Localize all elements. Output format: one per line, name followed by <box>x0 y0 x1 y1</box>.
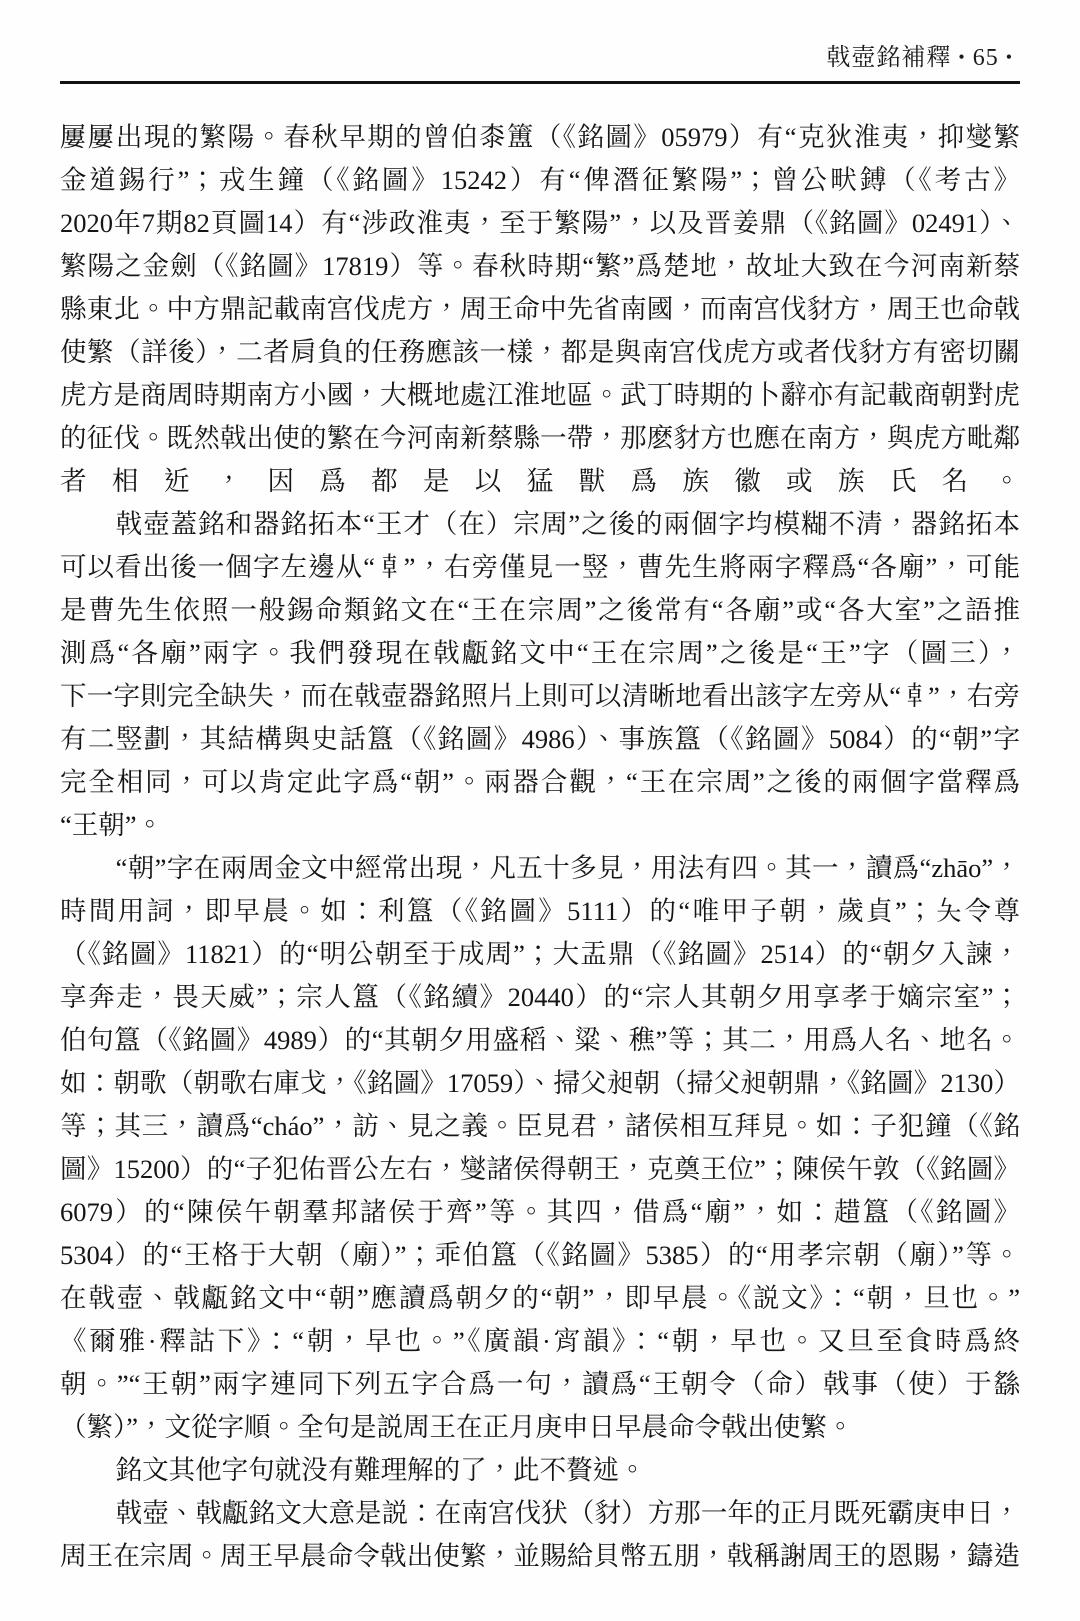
text-line: 下一字則完全缺失，而在戟壺器銘照片上則可以清晰地看出該字左旁从“𠦝”，右旁 <box>60 675 1020 718</box>
running-head-title: 戟壺銘補釋 <box>826 45 951 71</box>
bullet-separator-right: • <box>1006 42 1013 72</box>
text-line: 縣東北。中方鼎記載南宫伐虎方，周王命中先省南國，而南宫伐豺方，周王也命戟出 <box>60 288 1020 331</box>
text-line: 如：朝歌（朝歌右庫戈，《銘圖》17059）、掃父昶朝（掃父昶朝鼎，《銘圖》213… <box>60 1062 1020 1105</box>
text-line: 戟壺、戟甗銘文大意是説：在南宫伐犾（豺）方那一年的正月既死霸庚申日， <box>60 1492 1020 1535</box>
page: 戟壺銘補釋•65• 屢屢出現的繁陽。春秋早期的曾伯桼簠（《銘圖》05979）有“… <box>0 0 1080 1621</box>
text-line: 有二竪劃，其結構與史話簋（《銘圖》4986）、事族簋（《銘圖》5084）的“朝”… <box>60 718 1020 761</box>
text-line: 5304）的“王格于大朝（廟）”；乖伯簋（《銘圖》5385）的“用孝宗朝（廟）”… <box>60 1234 1020 1277</box>
document-body: 屢屢出現的繁陽。春秋早期的曾伯桼簠（《銘圖》05979）有“克狄淮夷，抑燮繁陽，… <box>60 116 1020 1578</box>
text-line: （繁）”，文從字順。全句是説周王在正月庚申日早晨命令戟出使繁。 <box>60 1406 1020 1449</box>
text-line: 可以看出後一個字左邊从“𠦝”，右旁僅見一竪，曹先生將兩字釋爲“各廟”，可能 <box>60 546 1020 589</box>
text-line: 伯句簋（《銘圖》4989）的“其朝夕用盛稻、粱、穛”等；其二，用爲人名、地名。 <box>60 1019 1020 1062</box>
page-number: 65 <box>973 45 999 71</box>
text-line: 完全相同，可以肯定此字爲“朝”。兩器合觀，“王在宗周”之後的兩個字當釋爲 <box>60 761 1020 804</box>
page-header: 戟壺銘補釋•65• <box>60 42 1020 84</box>
text-line: 是曹先生依照一般錫命類銘文在“王在宗周”之後常有“各廟”或“各大室”之語推 <box>60 589 1020 632</box>
text-line: （《銘圖》11821）的“明公朝至于成周”；大盂鼎（《銘圖》2514）的“朝夕入… <box>60 933 1020 976</box>
text-line: 的征伐。既然戟出使的繁在今河南新蔡縣一帶，那麽豺方也應在南方，與虎方毗鄰或 <box>60 417 1020 460</box>
header-rule <box>60 81 1020 84</box>
text-line: 圖》15200）的“子犯佑晋公左右，燮諸侯得朝王，克奠王位”；陳侯午敦（《銘圖》 <box>60 1148 1020 1191</box>
paragraph: 戟壺、戟甗銘文大意是説：在南宫伐犾（豺）方那一年的正月既死霸庚申日，周王在宗周。… <box>60 1492 1020 1578</box>
text-line: “朝”字在兩周金文中經常出現，凡五十多見，用法有四。其一，讀爲“zhāo”， <box>60 847 1020 890</box>
text-line: 等；其三，讀爲“cháo”，訪、見之義。臣見君，諸侯相互拜見。如：子犯鐘（《銘 <box>60 1105 1020 1148</box>
text-line: 者相近，因爲都是以猛獸爲族徽或族氏名。 <box>60 460 1020 503</box>
text-line: 在戟壺、戟甗銘文中“朝”應讀爲朝夕的“朝”，即早晨。《説文》：“朝，旦也。” <box>60 1277 1020 1320</box>
text-line: “王朝”。 <box>60 804 1020 847</box>
paragraph: 屢屢出現的繁陽。春秋早期的曾伯桼簠（《銘圖》05979）有“克狄淮夷，抑燮繁陽，… <box>60 116 1020 503</box>
text-line: 銘文其他字句就没有難理解的了，此不贅述。 <box>60 1449 1020 1492</box>
page-margins: 戟壺銘補釋•65• 屢屢出現的繁陽。春秋早期的曾伯桼簠（《銘圖》05979）有“… <box>0 0 1080 1578</box>
text-line: 2020年7期82頁圖14）有“涉政淮夷，至于繁陽”，以及晋姜鼎（《銘圖》024… <box>60 202 1020 245</box>
text-line: 戟壺蓋銘和器銘拓本“王才（在）宗周”之後的兩個字均模糊不清，器銘拓本 <box>60 503 1020 546</box>
text-line: 測爲“各廟”兩字。我們發現在戟甗銘文中“王在宗周”之後是“王”字（圖三）， <box>60 632 1020 675</box>
text-line: 使繁（詳後），二者肩負的任務應該一樣，都是與南宫伐虎方或者伐豺方有密切關係。 <box>60 331 1020 374</box>
text-line: 周王在宗周。周王早晨命令戟出使繁，並賜給貝幣五朋，戟稱謝周王的恩賜，鑄造了 <box>60 1535 1020 1578</box>
text-line: 享奔走，畏天威”；宗人簋（《銘續》20440）的“宗人其朝夕用享孝于嫡宗室”； <box>60 976 1020 1019</box>
paragraph: 銘文其他字句就没有難理解的了，此不贅述。 <box>60 1449 1020 1492</box>
text-line: 屢屢出現的繁陽。春秋早期的曾伯桼簠（《銘圖》05979）有“克狄淮夷，抑燮繁陽， <box>60 116 1020 159</box>
text-line: 虎方是商周時期南方小國，大概地處江淮地區。武丁時期的卜辭亦有記載商朝對虎方 <box>60 374 1020 417</box>
text-line: 朝。”“王朝”兩字連同下列五字合爲一句，讀爲“王朝令（命）戟事（使）于繇 <box>60 1363 1020 1406</box>
text-line: 6079）的“陳侯午朝羣邦諸侯于齊”等。其四，借爲“廟”，如：趞簋（《銘圖》 <box>60 1191 1020 1234</box>
text-line: 時間用詞，即早晨。如：利簋（《銘圖》5111）的“唯甲子朝，歲貞”；夨令尊 <box>60 890 1020 933</box>
text-line: 《爾雅·釋詁下》：“朝，早也。”《廣韻·宵韻》：“朝，早也。又旦至食時爲終 <box>60 1320 1020 1363</box>
text-line: 金道錫行”；戎生鐘（《銘圖》15242）有“俾潛征繁陽”；曾公畎鎛（《考古》 <box>60 159 1020 202</box>
paragraph: 戟壺蓋銘和器銘拓本“王才（在）宗周”之後的兩個字均模糊不清，器銘拓本可以看出後一… <box>60 503 1020 847</box>
running-head: 戟壺銘補釋•65• <box>60 42 1020 73</box>
bullet-separator-left: • <box>958 42 965 72</box>
paragraph: “朝”字在兩周金文中經常出現，凡五十多見，用法有四。其一，讀爲“zhāo”，時間… <box>60 847 1020 1449</box>
text-line: 繁陽之金劍（《銘圖》17819）等。春秋時期“繁”爲楚地，故址大致在今河南新蔡 <box>60 245 1020 288</box>
